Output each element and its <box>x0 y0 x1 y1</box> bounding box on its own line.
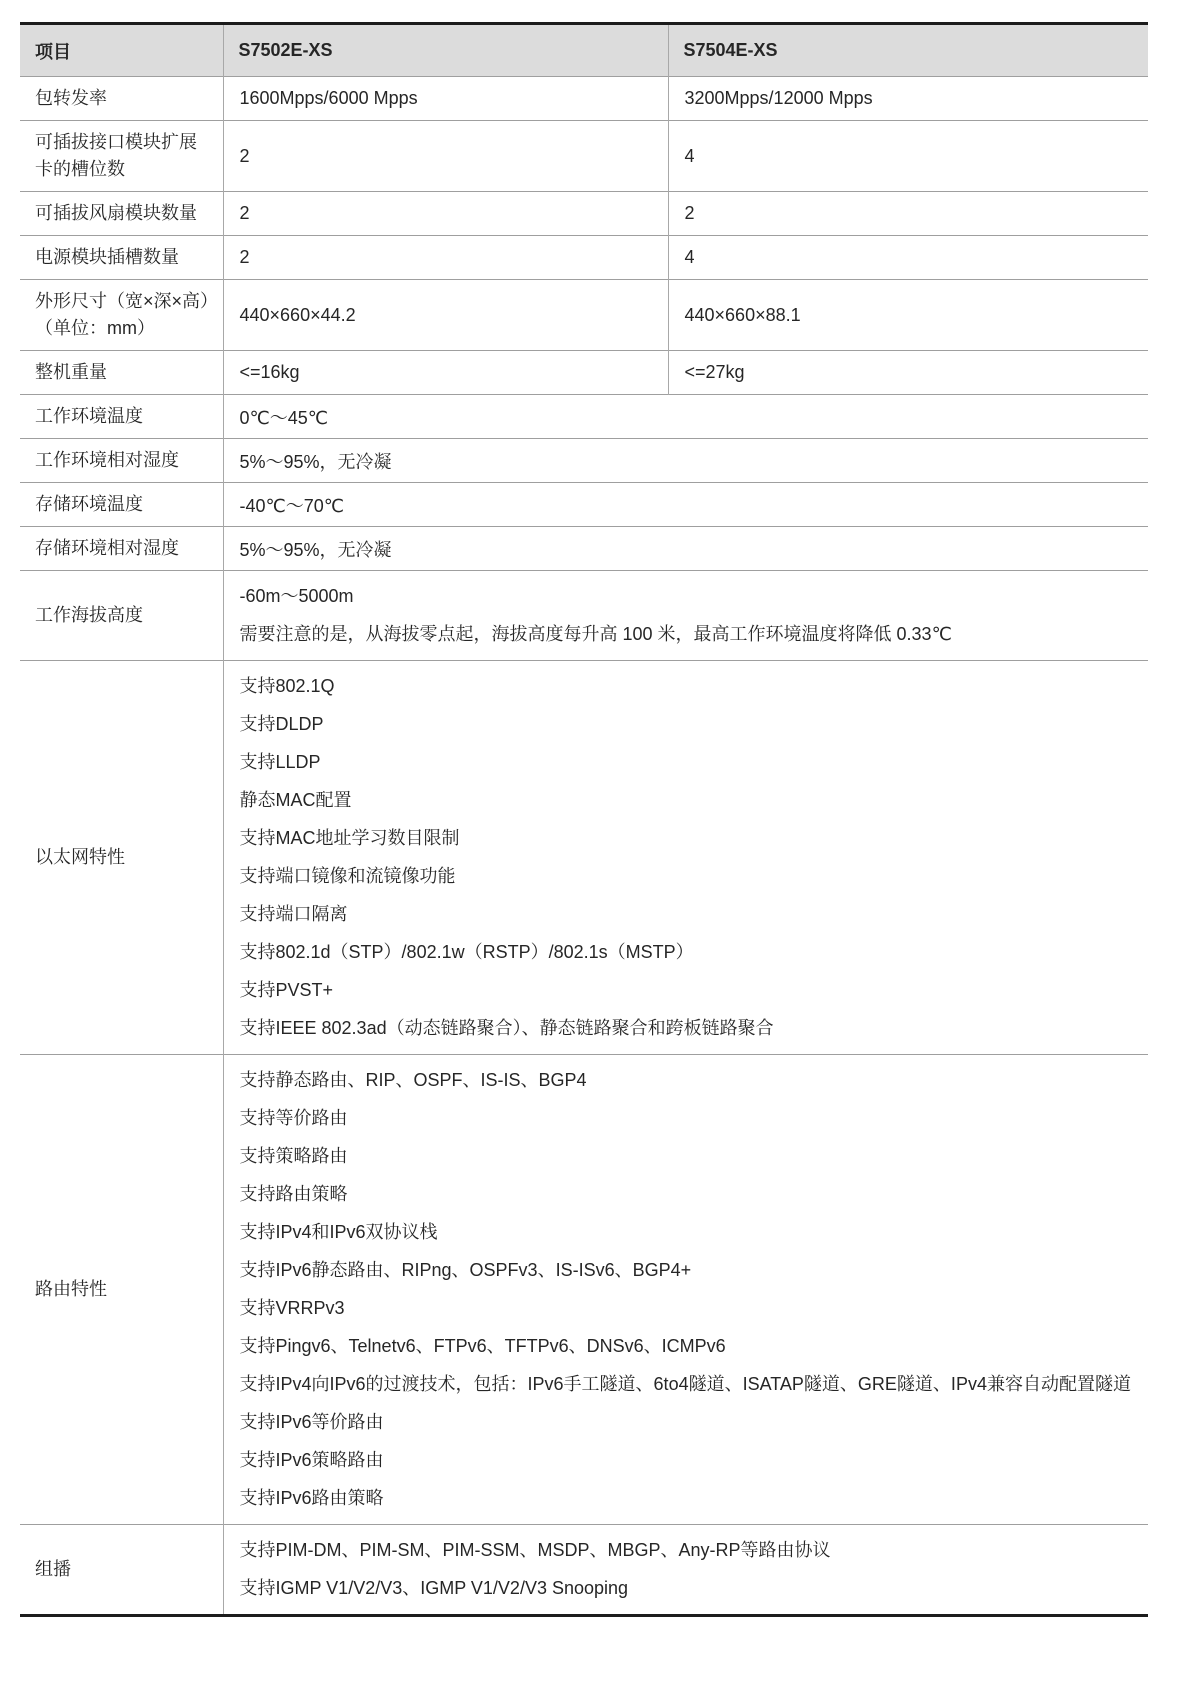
feature-line: 支持IGMP V1/V2/V3、IGMP V1/V2/V3 Snooping <box>240 1576 1133 1601</box>
row-label: 以太网特性 <box>20 661 223 1055</box>
value-s7502: <=16kg <box>223 351 668 395</box>
row-label: 组播 <box>20 1525 223 1616</box>
row-label: 路由特性 <box>20 1055 223 1525</box>
feature-line: 支持PVST+ <box>240 978 1133 1003</box>
row-interface-module-slots: 可插拔接口模块扩展卡的槽位数 2 4 <box>20 121 1148 192</box>
row-label: 存储环境温度 <box>20 483 223 527</box>
row-label: 包转发率 <box>20 77 223 121</box>
row-storage-humidity: 存储环境相对湿度 5%～95%，无冷凝 <box>20 527 1148 571</box>
row-weight: 整机重量 <=16kg <=27kg <box>20 351 1148 395</box>
row-label: 可插拔风扇模块数量 <box>20 192 223 236</box>
row-multicast: 组播 支持PIM-DM、PIM-SM、PIM-SSM、MSDP、MBGP、Any… <box>20 1525 1148 1616</box>
feature-line: 需要注意的是，从海拔零点起，海拔高度每升高 100 米，最高工作环境温度将降低 … <box>240 622 1133 647</box>
row-label: 存储环境相对湿度 <box>20 527 223 571</box>
value-s7504: 440×660×88.1 <box>668 280 1148 351</box>
value-span: 支持PIM-DM、PIM-SM、PIM-SSM、MSDP、MBGP、Any-RP… <box>223 1525 1148 1616</box>
feature-line: 支持VRRPv3 <box>240 1296 1133 1321</box>
row-label: 外形尺寸（宽×深×高）（单位：mm） <box>20 280 223 351</box>
col-header-item: 项目 <box>20 24 223 77</box>
row-power-slots: 电源模块插槽数量 2 4 <box>20 236 1148 280</box>
feature-line: 支持DLDP <box>240 712 1133 737</box>
feature-line: 支持PIM-DM、PIM-SM、PIM-SSM、MSDP、MBGP、Any-RP… <box>240 1538 1133 1563</box>
value-s7502: 2 <box>223 192 668 236</box>
feature-line: 支持等价路由 <box>240 1106 1133 1131</box>
feature-line: 支持IPv6等价路由 <box>240 1410 1133 1435</box>
value-s7502: 2 <box>223 121 668 192</box>
row-label: 电源模块插槽数量 <box>20 236 223 280</box>
value-span: 支持802.1Q 支持DLDP 支持LLDP 静态MAC配置 支持MAC地址学习… <box>223 661 1148 1055</box>
col-header-s7502e-xs: S7502E-XS <box>223 24 668 77</box>
feature-line: 支持路由策略 <box>240 1182 1133 1207</box>
col-header-s7504e-xs: S7504E-XS <box>668 24 1148 77</box>
feature-line: 支持IPv6静态路由、RIPng、OSPFv3、IS-ISv6、BGP4+ <box>240 1258 1133 1283</box>
row-packet-forwarding-rate: 包转发率 1600Mpps/6000 Mpps 3200Mpps/12000 M… <box>20 77 1148 121</box>
feature-line: 支持Pingv6、Telnetv6、FTPv6、TFTPv6、DNSv6、ICM… <box>240 1334 1133 1359</box>
row-routing-features: 路由特性 支持静态路由、RIP、OSPF、IS-IS、BGP4 支持等价路由 支… <box>20 1055 1148 1525</box>
value-s7504: <=27kg <box>668 351 1148 395</box>
feature-line: 支持IPv6策略路由 <box>240 1448 1133 1473</box>
feature-line: -60m～5000m <box>240 584 1133 609</box>
feature-line: 支持策略路由 <box>240 1144 1133 1169</box>
feature-line: 支持LLDP <box>240 750 1133 775</box>
feature-line: 支持端口镜像和流镜像功能 <box>240 864 1133 889</box>
feature-line: 支持端口隔离 <box>240 902 1133 927</box>
value-span: 0℃～45℃ <box>223 395 1148 439</box>
feature-line: 支持IEEE 802.3ad（动态链路聚合）、静态链路聚合和跨板链路聚合 <box>240 1016 1133 1041</box>
feature-line: 支持IPv6路由策略 <box>240 1486 1133 1511</box>
spec-page: 项目 S7502E-XS S7504E-XS 包转发率 1600Mpps/600… <box>0 0 1200 1686</box>
row-operating-altitude: 工作海拔高度 -60m～5000m 需要注意的是，从海拔零点起，海拔高度每升高 … <box>20 571 1148 661</box>
row-label: 工作环境相对湿度 <box>20 439 223 483</box>
value-span: -40℃～70℃ <box>223 483 1148 527</box>
row-fan-modules: 可插拔风扇模块数量 2 2 <box>20 192 1148 236</box>
feature-line: 静态MAC配置 <box>240 788 1133 813</box>
value-s7502: 440×660×44.2 <box>223 280 668 351</box>
row-label: 可插拔接口模块扩展卡的槽位数 <box>20 121 223 192</box>
value-s7502: 1600Mpps/6000 Mpps <box>223 77 668 121</box>
value-span: 支持静态路由、RIP、OSPF、IS-IS、BGP4 支持等价路由 支持策略路由… <box>223 1055 1148 1525</box>
value-span: 5%～95%，无冷凝 <box>223 527 1148 571</box>
feature-line: 支持802.1d（STP）/802.1w（RSTP）/802.1s（MSTP） <box>240 940 1133 965</box>
row-label: 整机重量 <box>20 351 223 395</box>
row-label: 工作海拔高度 <box>20 571 223 661</box>
spec-table: 项目 S7502E-XS S7504E-XS 包转发率 1600Mpps/600… <box>20 22 1148 1617</box>
value-s7504: 3200Mpps/12000 Mpps <box>668 77 1148 121</box>
row-label: 工作环境温度 <box>20 395 223 439</box>
value-s7504: 2 <box>668 192 1148 236</box>
value-span: 5%～95%，无冷凝 <box>223 439 1148 483</box>
value-span: -60m～5000m 需要注意的是，从海拔零点起，海拔高度每升高 100 米，最… <box>223 571 1148 661</box>
header-row: 项目 S7502E-XS S7504E-XS <box>20 24 1148 77</box>
value-s7502: 2 <box>223 236 668 280</box>
feature-line: 支持802.1Q <box>240 674 1133 699</box>
row-operating-humidity: 工作环境相对湿度 5%～95%，无冷凝 <box>20 439 1148 483</box>
row-ethernet-features: 以太网特性 支持802.1Q 支持DLDP 支持LLDP 静态MAC配置 支持M… <box>20 661 1148 1055</box>
row-dimensions: 外形尺寸（宽×深×高）（单位：mm） 440×660×44.2 440×660×… <box>20 280 1148 351</box>
feature-line: 支持IPv4和IPv6双协议栈 <box>240 1220 1133 1245</box>
row-operating-temperature: 工作环境温度 0℃～45℃ <box>20 395 1148 439</box>
value-s7504: 4 <box>668 236 1148 280</box>
feature-line: 支持MAC地址学习数目限制 <box>240 826 1133 851</box>
feature-line: 支持IPv4向IPv6的过渡技术，包括：IPv6手工隧道、6to4隧道、ISAT… <box>240 1372 1133 1397</box>
row-storage-temperature: 存储环境温度 -40℃～70℃ <box>20 483 1148 527</box>
feature-line: 支持静态路由、RIP、OSPF、IS-IS、BGP4 <box>240 1068 1133 1093</box>
value-s7504: 4 <box>668 121 1148 192</box>
